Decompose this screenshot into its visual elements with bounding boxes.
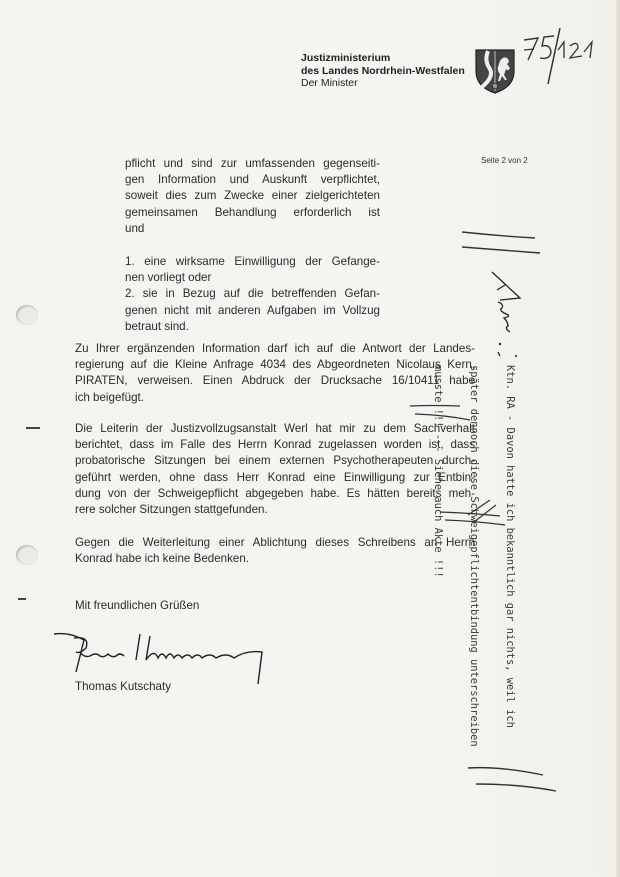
letterhead-role: Der Minister: [301, 77, 465, 90]
handwritten-reference-number: 75/121: [520, 20, 620, 90]
nrw-coat-of-arms-icon: [474, 47, 516, 95]
fold-mark: [18, 598, 26, 600]
typewritten-annotation: Ktn. RA - Davon hatte ich bekanntlich ga…: [408, 365, 540, 765]
list-item: 2. sie in Bezug auf die betreffenden Gef…: [125, 286, 380, 335]
letterhead-state: des Landes Nordrhein-Westfalen: [301, 65, 465, 78]
punch-hole: [16, 305, 38, 325]
list-item: 1. eine wirksame Einwilligung der Gefang…: [125, 254, 380, 286]
punch-hole: [16, 545, 38, 565]
indented-paragraph: pflicht und sind zur umfassenden gegense…: [125, 156, 380, 237]
letterhead: Justizministerium des Landes Nordrhein-W…: [301, 52, 465, 90]
scanned-letter-page: Justizministerium des Landes Nordrhein-W…: [0, 0, 620, 877]
page-edge-shadow: [616, 0, 620, 877]
signatory-name: Thomas Kutschaty: [75, 679, 171, 695]
conditions-list: 1. eine wirksame Einwilligung der Gefang…: [125, 254, 380, 335]
letterhead-ministry: Justizministerium: [301, 52, 465, 65]
page-number: Seite 2 von 2: [481, 156, 528, 165]
fold-mark: [26, 427, 40, 429]
closing-salutation: Mit freundlichen Grüßen: [75, 598, 199, 614]
